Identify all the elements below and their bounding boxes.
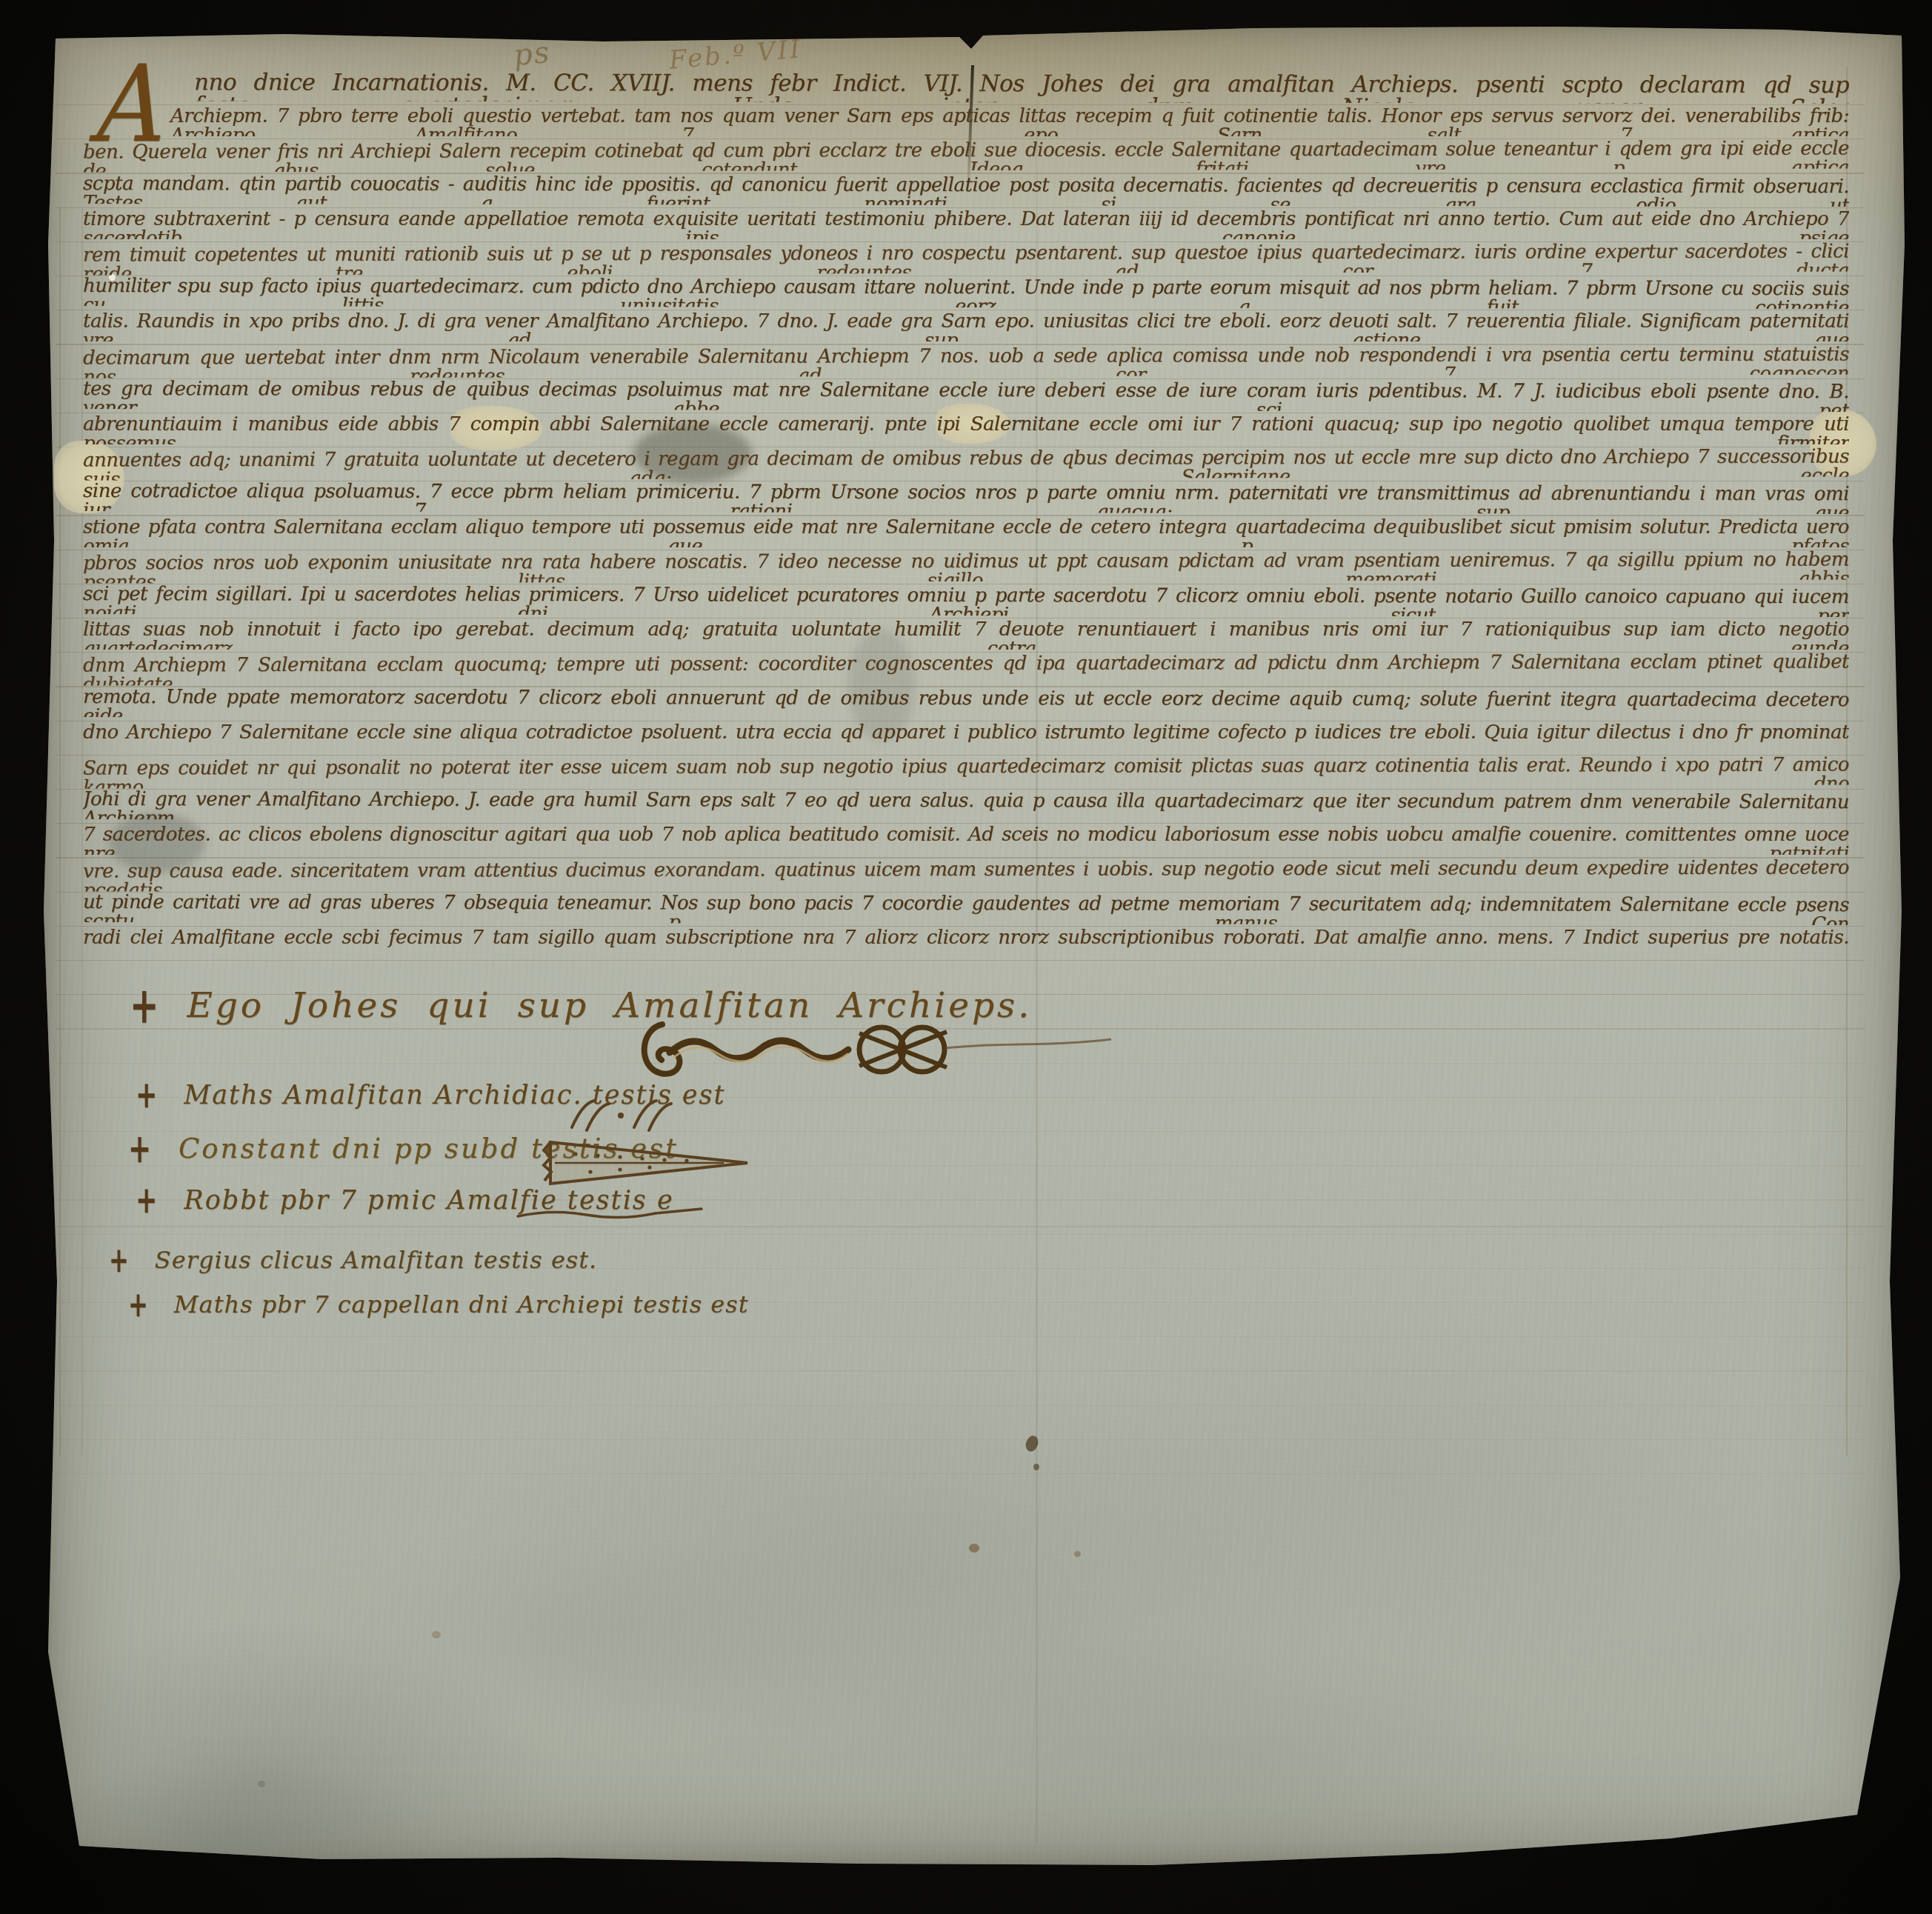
witness-cross-icon: + (136, 1073, 159, 1117)
witness-cross-icon: + (136, 1178, 159, 1222)
charter-line-7: humiliter spu sup facto ipius quartedeci… (83, 276, 1849, 309)
signature-text: Sergius clicus Amalfitan testis est. (155, 1246, 597, 1274)
charter-line-20: dno Archiepo 7 Salernitane eccle sine al… (83, 723, 1849, 753)
ink-spot (1033, 1464, 1039, 1470)
charter-line-10: tes gra decimam de omibus rebus de quibu… (83, 379, 1849, 412)
bottom-mottling (41, 1467, 1908, 1870)
charter-line-24: vre. sup causa eade. sinceritatem vram a… (83, 858, 1849, 891)
charter-line-13: sine cotradictoe aliqua psoluamus. 7 ecc… (83, 481, 1849, 514)
charter-line-21: Sarn eps couidet nr qui psonalit no pote… (83, 756, 1849, 789)
ink-spot (1074, 1551, 1081, 1557)
signature-text: Ego Johes qui sup Amalfitan Archieps. (187, 985, 1032, 1026)
charter-line-8: talis. Raundis in xpo pribs dno. J. di g… (83, 312, 1849, 341)
signature-row-6: +Maths pbr 7 cappellan dni Archiepi test… (128, 1290, 749, 1318)
ink-spot (1024, 1434, 1041, 1453)
faint-stain-spot (432, 1631, 441, 1638)
charter-line-26: radi clei Amalfitane eccle scbi fecimus … (83, 928, 1849, 958)
charter-line-5: timore subtraxerint - p censura eande ap… (83, 210, 1849, 239)
signature-row-2: +Maths Amalfitan Archidiac. testis est (136, 1080, 725, 1110)
charter-line-15: pbros socios nros uob exponim uniusitate… (83, 550, 1849, 583)
charter-line-12: annuentes adq; unanimi 7 gratuita uolunt… (83, 447, 1849, 481)
signature-row-1: +Ego Johes qui sup Amalfitan Archieps. (130, 985, 1032, 1026)
charter-line-19: remota. Unde ppate memoratorz sacerdotu … (83, 687, 1849, 720)
charter-line-14: stione pfata contra Salernitana ecclam a… (83, 518, 1849, 547)
charter-line-6: rem timuit copetentes ut muniti rationib… (83, 242, 1849, 276)
signature-row-5: +Sergius clicus Amalfitan testis est. (109, 1246, 597, 1274)
charter-line-3: ben. Querela vener fris nri Archiepi Sal… (83, 139, 1849, 173)
charter-line-22: Johi di gra vener Amalfitano Archiepo. J… (83, 790, 1849, 822)
ink-spot (969, 1544, 979, 1553)
horizontal-fold-crease (56, 1226, 1885, 1227)
signature-row-3: +Constant dni pp subd testis est (128, 1132, 679, 1164)
left-margin-line (59, 207, 61, 1455)
charter-line-4: scpta mandam. qtin partib couocatis - au… (83, 174, 1849, 207)
witness-cross-icon: + (130, 976, 161, 1036)
witness-cross-icon: + (109, 1239, 130, 1280)
photo-background: ps Feb.º VII A nno dnice Incarnationis. … (0, 0, 1932, 1914)
witness-cross-icon: + (128, 1124, 153, 1172)
faint-stain-spot (258, 1781, 265, 1787)
charter-line-17: littas suas nob innotuit i facto ipo ger… (83, 620, 1849, 650)
parchment-sheet: ps Feb.º VII A nno dnice Incarnationis. … (41, 22, 1908, 1870)
charter-line-16: sci pet fecim sigillari. Ipi u sacerdote… (83, 584, 1849, 617)
charter-line-18: dnm Archiepm 7 Salernitana ecclam quocum… (83, 653, 1849, 686)
charter-line-11: abrenuntiauim i manibus eide abbis 7 com… (83, 415, 1849, 444)
charter-line-9: decimarum que uertebat inter dnm nrm Nic… (83, 344, 1849, 378)
charter-line-23: 7 sacerdotes. ac clicos ebolens dignosci… (83, 825, 1849, 855)
signature-text: Constant dni pp subd testis est (179, 1133, 679, 1164)
signature-text: Robbt pbr 7 pmic Amalfie testis e (184, 1186, 673, 1216)
archival-shelfmark: ps (512, 36, 553, 73)
charter-line-25: ut pinde caritati vre ad gras uberes 7 o… (83, 893, 1849, 925)
charter-line-2: Archiepm. 7 pbro terre eboli questio ver… (83, 107, 1849, 136)
archival-date-mark: Feb.º VII (668, 34, 803, 76)
signature-row-4: +Robbt pbr 7 pmic Amalfie testis e (136, 1185, 674, 1216)
signature-text: Maths pbr 7 cappellan dni Archiepi testi… (174, 1290, 749, 1318)
signature-text: Maths Amalfitan Archidiac. testis est (184, 1081, 725, 1110)
witness-cross-icon: + (128, 1284, 149, 1324)
charter-line-1: nno dnice Incarnationis. M. CC. XVIIJ. m… (83, 71, 1849, 104)
